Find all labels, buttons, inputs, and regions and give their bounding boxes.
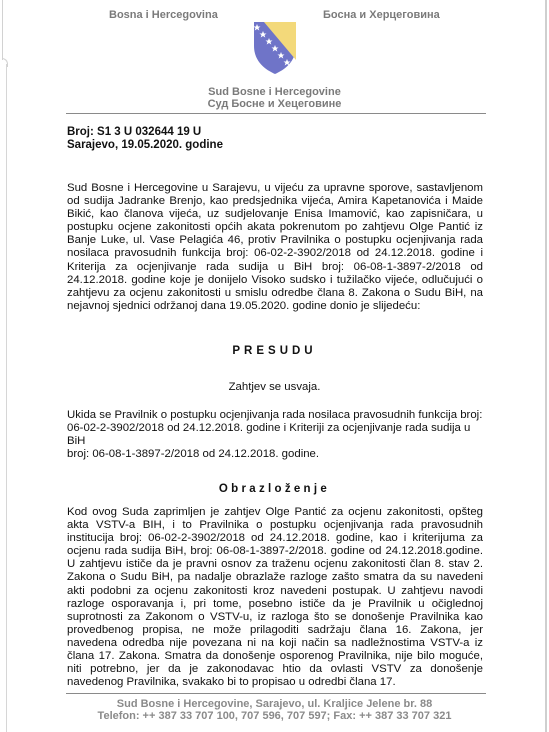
reasoning-heading: Obrazloženje bbox=[0, 483, 549, 495]
ruling-line: Ukida se Pravilnik o postupku ocjenjivan… bbox=[67, 409, 483, 422]
country-name-latin: Bosna i Hercegovina bbox=[109, 9, 218, 21]
country-name-cyrillic: Босна и Херцеговина bbox=[323, 9, 440, 21]
verdict-decision: Zahtjev se usvaja. bbox=[0, 381, 549, 393]
bih-coat-of-arms-icon bbox=[252, 20, 298, 75]
ruling-line: broj: 06-08-1-3897-2/2018 od 24.12.2018.… bbox=[67, 448, 483, 461]
intro-paragraph: Sud Bosne i Hercegovine u Sarajevu, u vi… bbox=[67, 182, 483, 313]
place-date: Sarajevo, 19.05.2020. godine bbox=[67, 139, 223, 152]
page-edge-left bbox=[2, 0, 3, 60]
verdict-heading: PRESUDU bbox=[0, 345, 549, 357]
footer-contact: Telefon: ++ 387 33 707 100, 707 596, 707… bbox=[0, 710, 549, 722]
page-edge-curve bbox=[2, 58, 8, 67]
header-divider bbox=[66, 113, 486, 114]
footer-divider bbox=[66, 693, 486, 694]
ruling-paragraph: Ukida se Pravilnik o postupku ocjenjivan… bbox=[67, 409, 483, 461]
page-edge-left-lower bbox=[6, 64, 7, 732]
reasoning-paragraph: Kod ovog Suda zaprimljen je zahtjev Olge… bbox=[67, 506, 483, 689]
case-number: Broj: S1 3 U 032644 19 U bbox=[67, 126, 201, 139]
ruling-line: 06-02-2-3902/2018 od 24.12.2018. godine … bbox=[67, 422, 483, 448]
court-name-cyrillic: Суд Босне и Хецеговине bbox=[0, 98, 549, 110]
court-name-latin: Sud Bosne i Hercegovine bbox=[0, 86, 549, 98]
footer-address: Sud Bosne i Hercegovine, Sarajevo, ul. K… bbox=[0, 698, 549, 710]
